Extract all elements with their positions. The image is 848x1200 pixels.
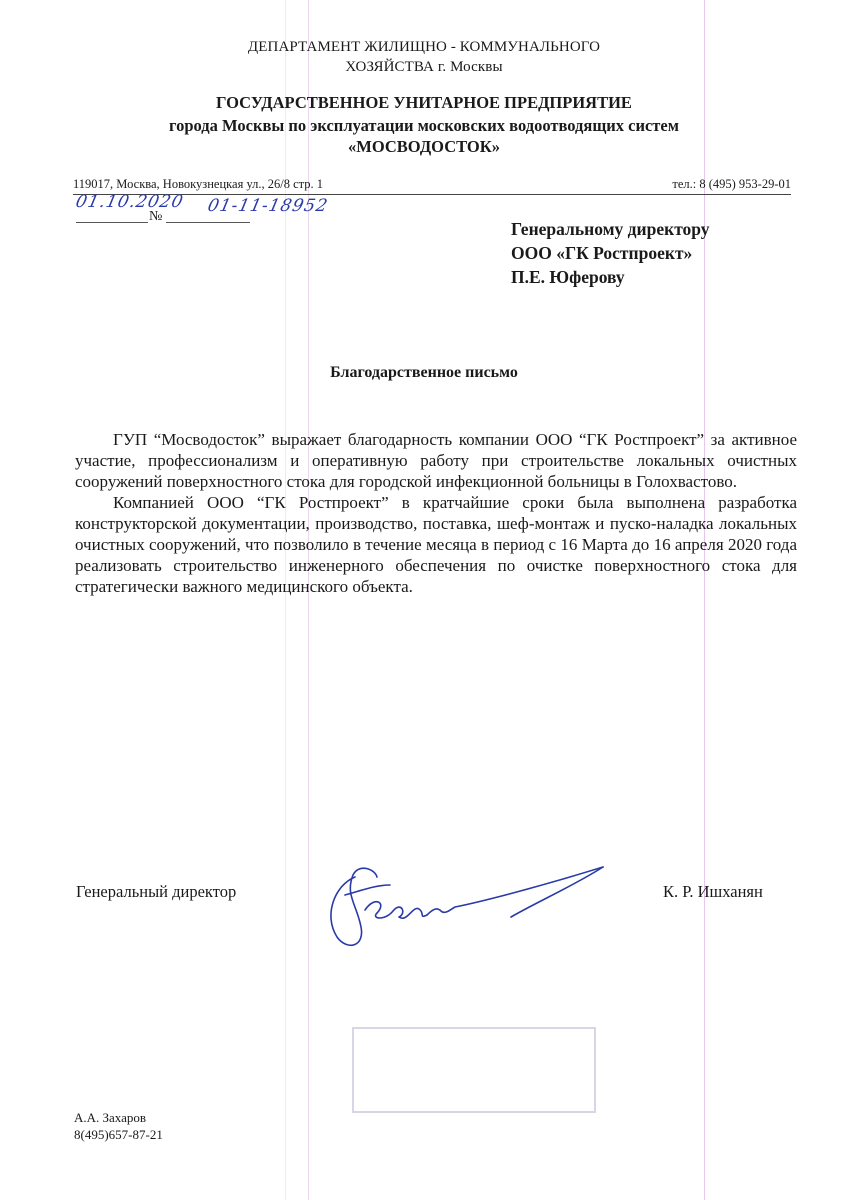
executor-name: А.А. Захаров: [74, 1109, 163, 1126]
paragraph: ГУП “Мосводосток” выражает благодарность…: [75, 429, 797, 492]
executor-block: А.А. Захаров 8(495)657-87-21: [74, 1109, 163, 1143]
addressee-line-1: Генеральному директору: [511, 217, 710, 241]
signatory-role: Генеральный директор: [76, 882, 236, 902]
handwritten-date: 01.10.2020: [74, 192, 186, 212]
handwritten-number: 01-11-18952: [206, 196, 330, 216]
stamp-placeholder-box: [352, 1027, 596, 1113]
org-line-1: ГОСУДАРСТВЕННОЕ УНИТАРНОЕ ПРЕДПРИЯТИЕ: [0, 92, 848, 113]
signatory-name: К. Р. Ишханян: [663, 882, 763, 902]
paragraph: Компанией ООО “ГК Ростпроект” в кратчайш…: [75, 492, 797, 597]
number-underline: [166, 222, 250, 223]
executor-phone: 8(495)657-87-21: [74, 1126, 163, 1143]
addressee-line-2: ООО «ГК Ростпроект»: [511, 241, 710, 265]
org-address: 119017, Москва, Новокузнецкая ул., 26/8 …: [73, 176, 323, 192]
addressee-block: Генеральному директору ООО «ГК Ростпроек…: [511, 217, 710, 289]
department-line-2: ХОЗЯЙСТВА г. Москвы: [0, 57, 848, 77]
org-phone: тел.: 8 (495) 953-29-01: [672, 176, 791, 192]
addressee-line-3: П.Е. Юферову: [511, 265, 710, 289]
date-underline: [76, 222, 148, 223]
letter-title: Благодарственное письмо: [0, 364, 848, 382]
signature-icon: [315, 855, 615, 955]
org-line-3: «МОСВОДОСТОК»: [0, 136, 848, 157]
department-line-1: ДЕПАРТАМЕНТ ЖИЛИЩНО - КОММУНАЛЬНОГО: [0, 37, 848, 57]
org-line-2: города Москвы по эксплуатации московских…: [0, 115, 848, 136]
letter-body: ГУП “Мосводосток” выражает благодарность…: [75, 429, 797, 597]
